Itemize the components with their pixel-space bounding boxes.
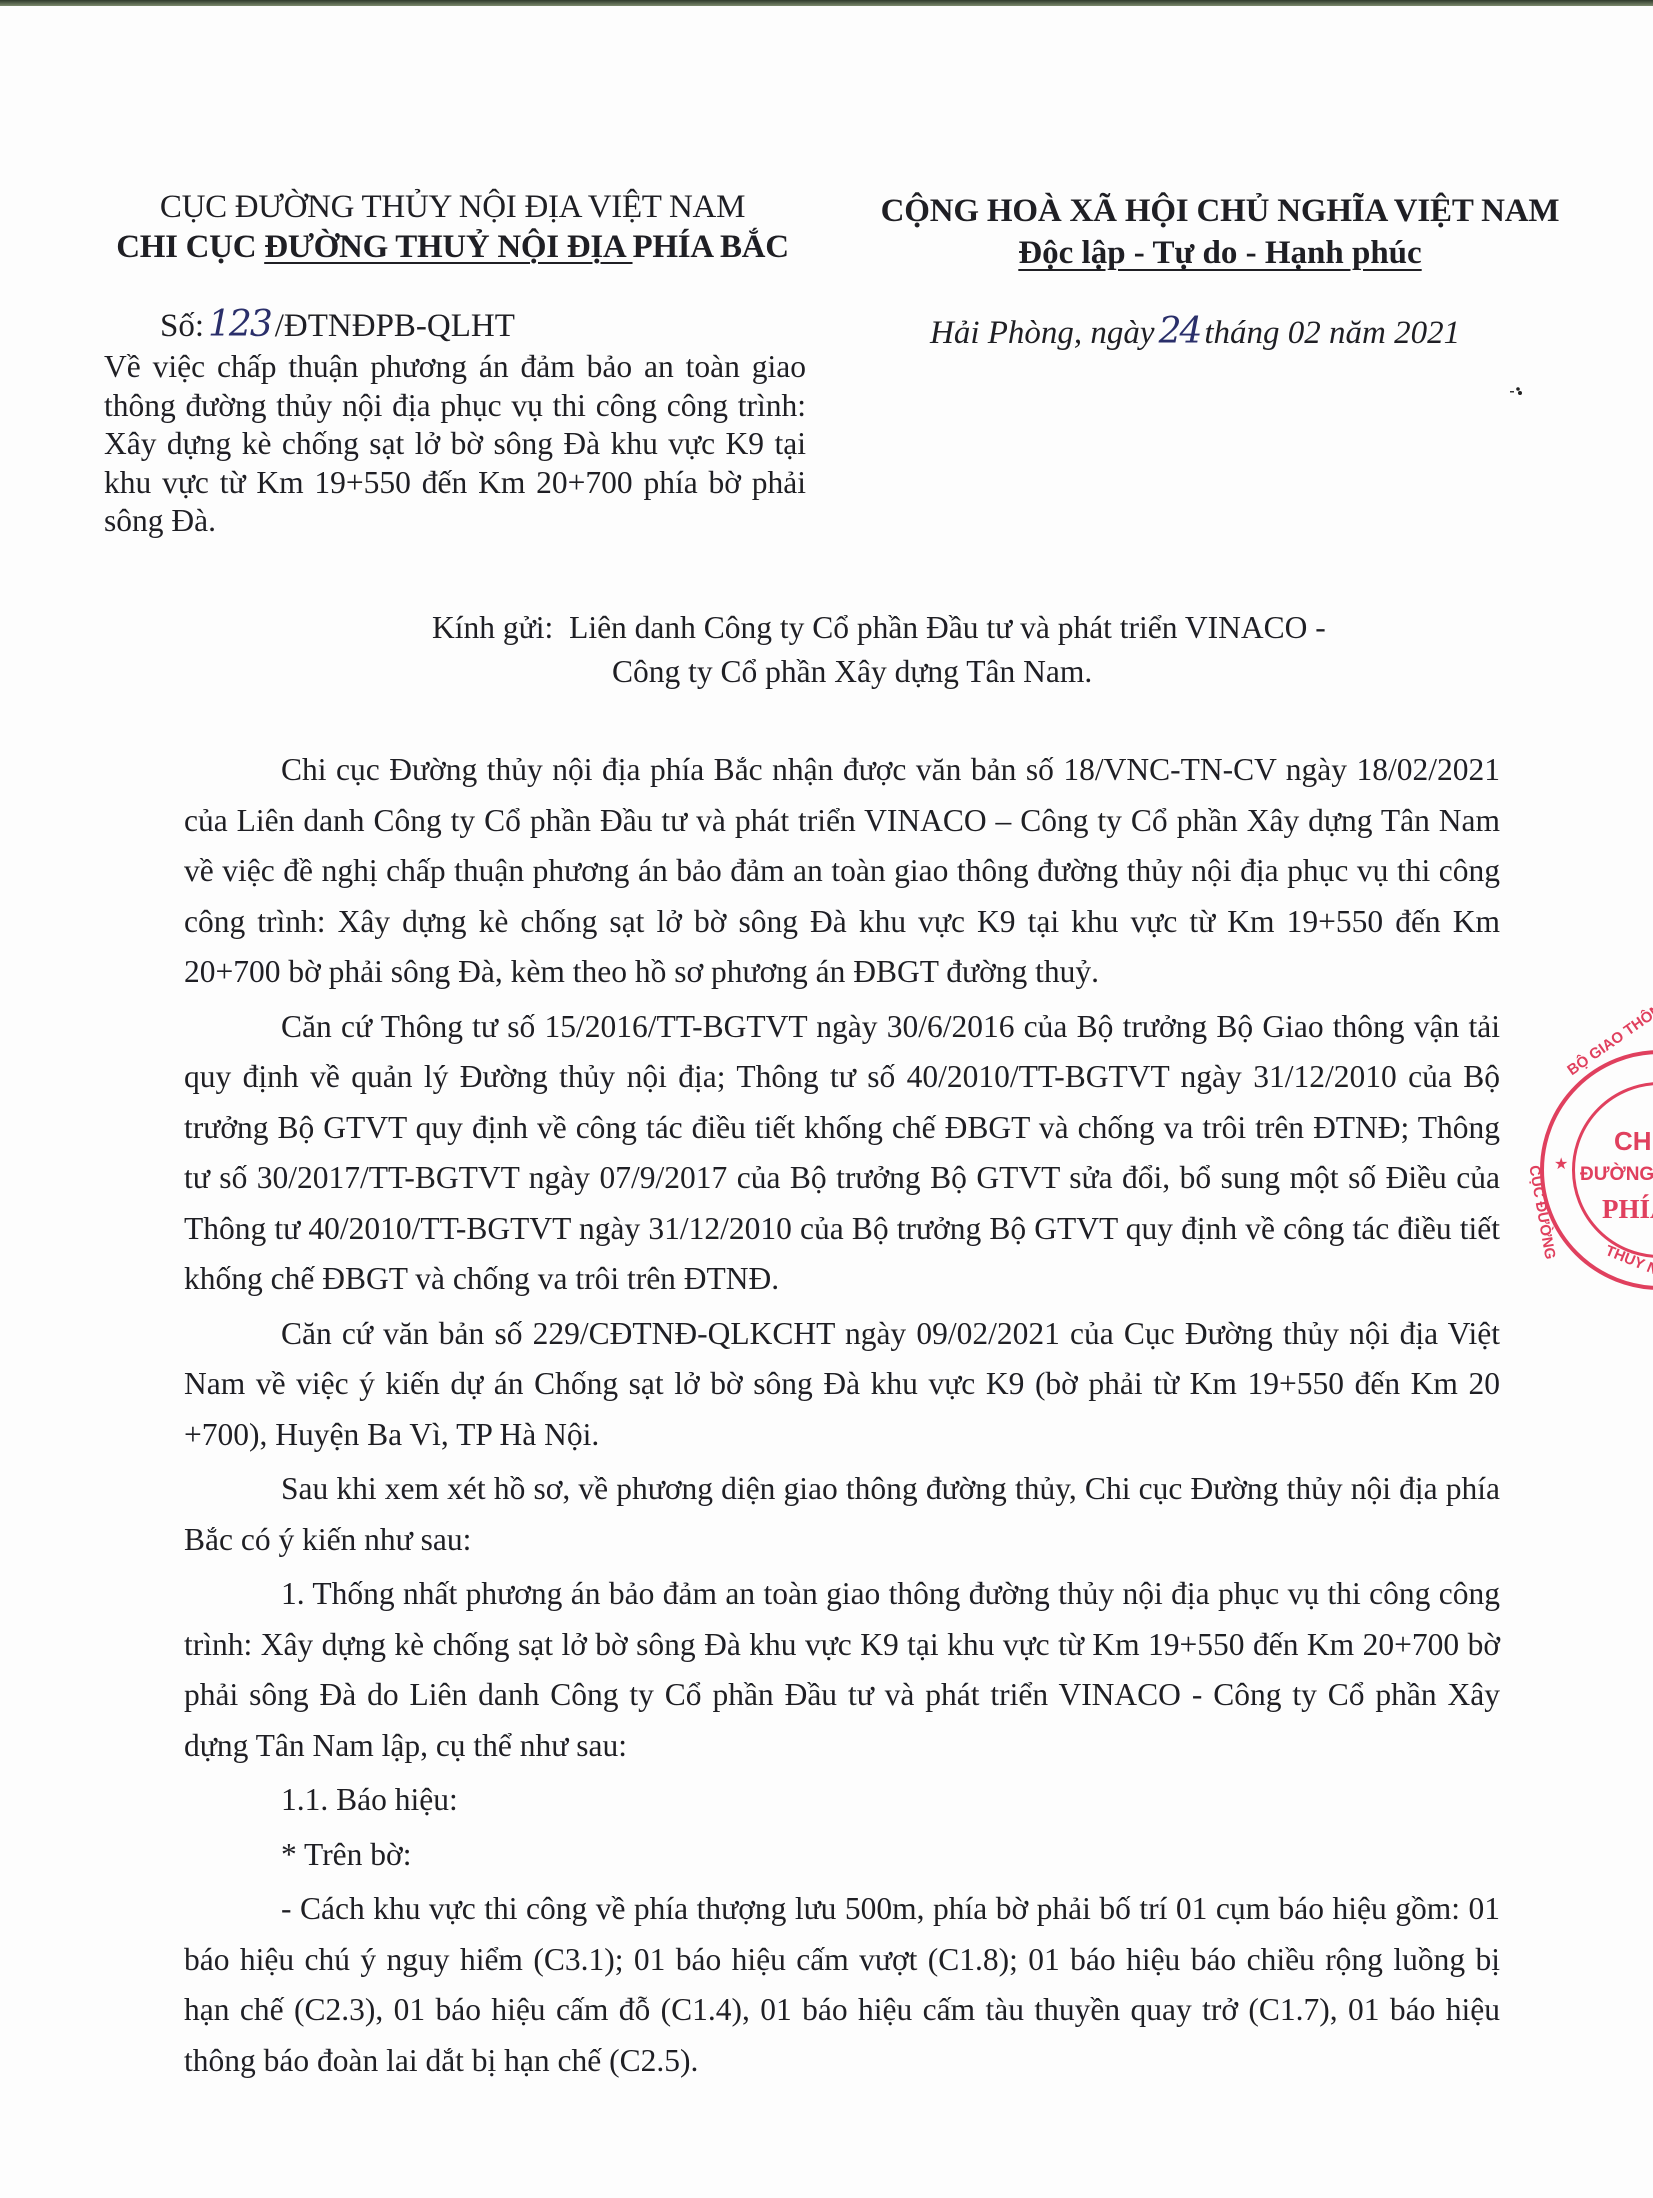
star-icon: ★ bbox=[1554, 1154, 1568, 1174]
official-letter-page: CỤC ĐƯỜNG THỦY NỘI ĐỊA VIỆT NAM CHI CỤC … bbox=[0, 0, 1653, 2198]
parent-agency-name: CỤC ĐƯỜNG THỦY NỘI ĐỊA VIỆT NAM bbox=[80, 187, 825, 227]
subsection-heading: * Trên bờ: bbox=[184, 1830, 1500, 1881]
national-motto: Độc lập - Tự do - Hạnh phúc bbox=[820, 232, 1620, 274]
seal-arc-top-text: BỘ GIAO THÔNG bbox=[1564, 994, 1653, 1079]
national-header: CỘNG HOÀ XÃ HỘI CHỦ NGHĨA VIỆT NAM Độc l… bbox=[820, 190, 1620, 274]
body-paragraph: Căn cứ Thông tư số 15/2016/TT-BGTVT ngày… bbox=[184, 1002, 1500, 1305]
seal-center-line-2: ĐƯỜNG THỦY bbox=[1580, 1164, 1653, 1186]
official-seal-stamp: BỘ GIAO THÔNG ★ CỤC ĐƯỜNG THỦY N CHI C Đ… bbox=[1540, 1050, 1653, 1290]
subject-summary: Về việc chấp thuận phương án đảm bảo an … bbox=[104, 348, 806, 541]
letter-body: Chi cục Đường thủy nội địa phía Bắc nhận… bbox=[184, 745, 1500, 2090]
nation-name: CỘNG HOÀ XÃ HỘI CHỦ NGHĨA VIỆT NAM bbox=[820, 190, 1620, 232]
body-paragraph: 1. Thống nhất phương án bảo đảm an toàn … bbox=[184, 1569, 1500, 1771]
sub-agency-name: CHI CỤC ĐƯỜNG THUỶ NỘI ĐỊA PHÍA BẮC bbox=[80, 227, 825, 267]
document-number: Số:123/ĐTNĐPB-QLHT bbox=[160, 305, 515, 346]
body-paragraph: Căn cứ văn bản số 229/CĐTNĐ-QLKCHT ngày … bbox=[184, 1309, 1500, 1461]
recipient-line-2: Công ty Cổ phần Xây dựng Tân Nam. bbox=[612, 652, 1092, 692]
body-paragraph: Sau khi xem xét hồ sơ, về phương diện gi… bbox=[184, 1464, 1500, 1565]
seal-center-line-3: PHÍA B bbox=[1602, 1194, 1653, 1225]
recipient-block: Kính gửi: Liên danh Công ty Cổ phần Đầu … bbox=[432, 608, 1432, 648]
seal-arc-left-text: CỤC ĐƯỜNG bbox=[1525, 1164, 1558, 1261]
issuing-agency-header: CỤC ĐƯỜNG THỦY NỘI ĐỊA VIỆT NAM CHI CỤC … bbox=[80, 187, 825, 267]
seal-center-line-1: CHI C bbox=[1614, 1126, 1653, 1157]
recipient-label: Kính gửi: bbox=[432, 610, 553, 645]
recipient-line-1: Liên danh Công ty Cổ phần Đầu tư và phát… bbox=[569, 610, 1326, 645]
section-heading: 1.1. Báo hiệu: bbox=[184, 1775, 1500, 1826]
ink-speck-icon bbox=[1510, 386, 1524, 396]
place-date-line: Hải Phòng, ngày24tháng 02 năm 2021 bbox=[930, 312, 1460, 353]
handwritten-number: 123 bbox=[204, 304, 275, 345]
body-paragraph: Chi cục Đường thủy nội địa phía Bắc nhận… bbox=[184, 745, 1500, 998]
body-paragraph: - Cách khu vực thi công về phía thượng l… bbox=[184, 1884, 1500, 2086]
handwritten-day: 24 bbox=[1155, 311, 1205, 352]
